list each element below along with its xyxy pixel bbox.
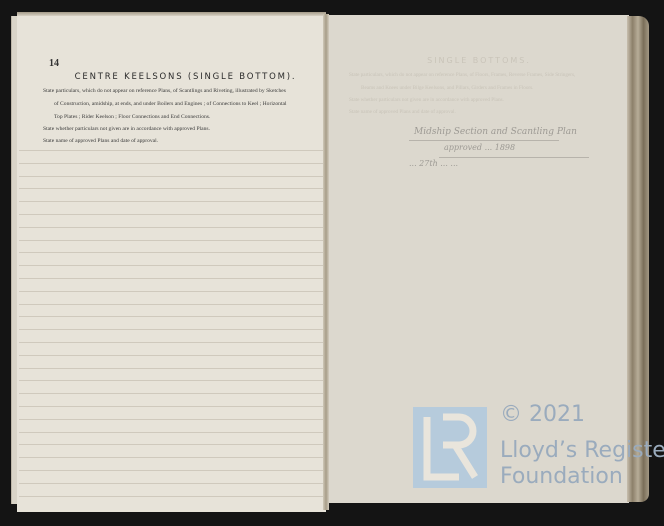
ruled-line	[19, 406, 325, 407]
ruled-line	[19, 265, 325, 266]
ruled-line	[19, 444, 325, 445]
ruled-line	[19, 496, 325, 497]
left-page: 14 CENTRE KEELSONS (SINGLE BOTTOM). Stat…	[17, 12, 326, 512]
handwritten-approval: approved ... 1898	[444, 143, 515, 152]
ruled-line	[19, 432, 325, 433]
ruled-line	[19, 291, 325, 292]
ruled-line	[19, 457, 325, 458]
page-top-edge	[17, 12, 326, 16]
handwritten-underline	[439, 157, 589, 158]
ruled-line	[19, 304, 325, 305]
ruled-line	[19, 393, 325, 394]
ruled-line	[19, 483, 325, 484]
instruction-line-faded: Beams and Knees under Bilge Keelsons, an…	[361, 85, 533, 91]
page-number: 14	[49, 58, 59, 69]
ruled-line	[19, 201, 325, 202]
instruction-line: Top Plates ; Rider Keelson ; Floor Conne…	[54, 114, 210, 120]
ruled-line	[19, 163, 325, 164]
ruled-line	[19, 355, 325, 356]
page-stack-right-edge	[627, 16, 649, 502]
instruction-line: of Construction, amidship, at ends, and …	[54, 101, 287, 107]
watermark-org-line1: Lloyd’s Register	[500, 438, 664, 463]
ruled-line	[19, 227, 325, 228]
handwritten-plan-name: Midship Section and Scantling Plan	[414, 127, 577, 137]
ruled-line	[19, 176, 325, 177]
ruled-line	[19, 342, 325, 343]
lr-logo-icon	[413, 407, 487, 488]
handwritten-date: ... 27th ... ...	[409, 159, 458, 168]
ruled-line	[19, 278, 325, 279]
ruled-line	[19, 419, 325, 420]
instruction-line: State whether particulars not given are …	[43, 126, 210, 132]
ruled-line	[19, 368, 325, 369]
ruled-line	[19, 252, 325, 253]
instruction-line-faded: State particulars, which do not appear o…	[349, 72, 575, 78]
ruled-line	[19, 380, 325, 381]
ruled-line	[19, 188, 325, 189]
instruction-line: State name of approved Plans and date of…	[43, 138, 158, 144]
watermark-org-line2: Foundation	[500, 464, 623, 489]
instruction-line: State particulars, which do not appear o…	[43, 88, 286, 94]
ruled-line	[19, 150, 325, 151]
instruction-line-faded: State whether particulars not given are …	[349, 97, 504, 103]
instruction-line-faded: State name of approved Plans and date of…	[349, 109, 456, 115]
page-heading-faded: SINGLE BOTTOMS.	[329, 56, 629, 65]
ruled-line	[19, 316, 325, 317]
ruled-line	[19, 329, 325, 330]
ruled-line	[19, 214, 325, 215]
page-heading: CENTRE KEELSONS (SINGLE BOTTOM).	[17, 72, 326, 82]
ruled-line	[19, 470, 325, 471]
ruled-line	[19, 240, 325, 241]
handwritten-underline	[409, 140, 559, 141]
watermark-copyright: © 2021	[500, 402, 585, 427]
